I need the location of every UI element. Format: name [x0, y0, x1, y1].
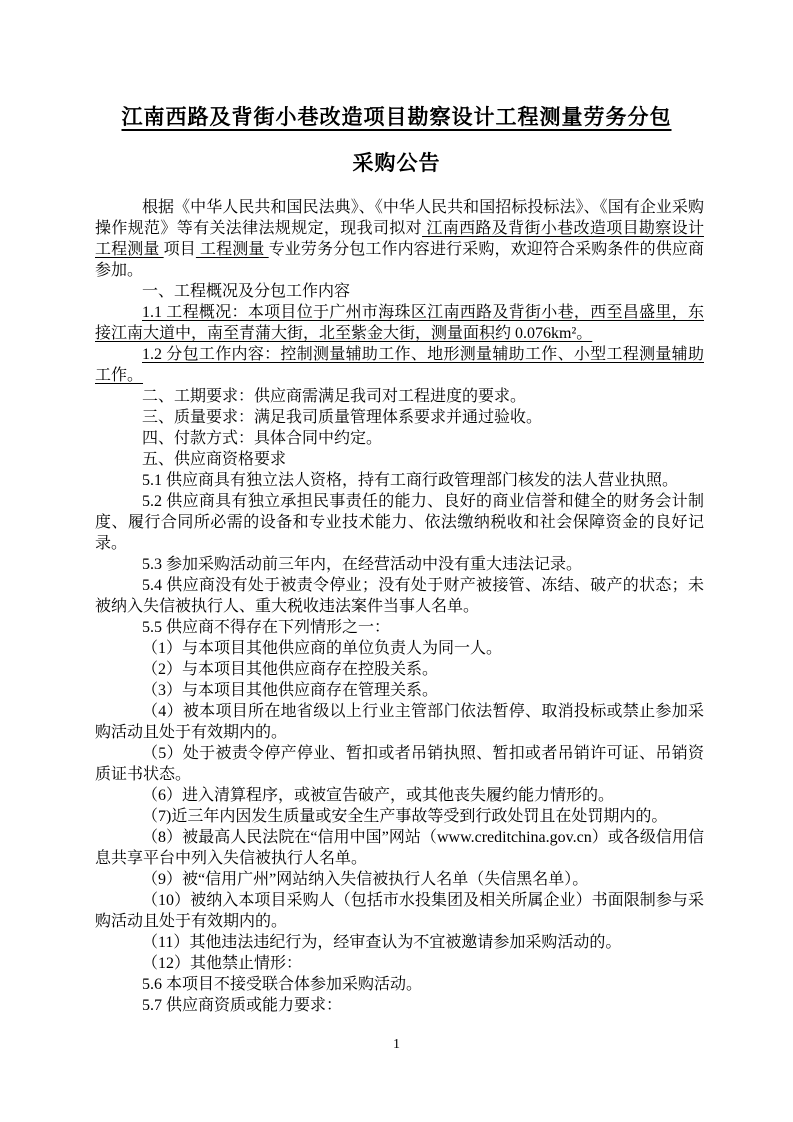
document-title-line1: 江南西路及背街小巷改造项目勘察设计工程测量劳务分包: [45, 101, 748, 133]
text-run: 四、付款方式：具体合同中约定。: [142, 430, 382, 447]
text-run: （12）其他禁止情形：: [142, 955, 302, 972]
text-run: （9）被“信用广州”网站纳入失信被执行人名单（失信黑名单）。: [142, 871, 588, 888]
text-run: 5.1 供应商具有独立法人资格，持有工商行政管理部门核发的法人营业执照。: [142, 472, 678, 489]
text-run: （1）与本项目其他供应商的单位负责人为同一人。: [142, 640, 502, 657]
paragraph-heading-1: 一、工程概况及分包工作内容: [95, 281, 704, 302]
paragraph-item-1: （1）与本项目其他供应商的单位负责人为同一人。: [95, 638, 704, 659]
text-run: 一、工程概况及分包工作内容: [142, 283, 350, 300]
paragraph-clause-1-2: 1.2 分包工作内容：控制测量辅助工作、地形测量辅助工作、小型工程测量辅助工作。: [95, 344, 704, 386]
paragraph-clause-5-1: 5.1 供应商具有独立法人资格，持有工商行政管理部门核发的法人营业执照。: [95, 470, 704, 491]
text-run: （2）与本项目其他供应商存在控股关系。: [142, 661, 438, 678]
text-run: （7)近三年内因发生质量或安全生产事故等受到行政处罚且在处罚期内的。: [142, 808, 667, 825]
document-page: 江南西路及背街小巷改造项目勘察设计工程测量劳务分包 采购公告 根据《中华人民共和…: [0, 0, 793, 1122]
text-run: 5.4 供应商没有处于被责令停业；没有处于财产被接管、冻结、破产的状态；未被纳入…: [95, 577, 704, 615]
text-run: 5.7 供应商资质或能力要求：: [142, 997, 342, 1014]
paragraph-heading-5: 五、供应商资格要求: [95, 449, 704, 470]
paragraph-clause-5-2: 5.2 供应商具有独立承担民事责任的能力、良好的商业信誉和健全的财务会计制度、履…: [95, 491, 704, 554]
paragraph-heading-2: 二、工期要求：供应商需满足我司对工程进度的要求。: [95, 386, 704, 407]
text-run: 项目: [164, 241, 196, 258]
text-run: 5.3 参加采购活动前三年内，在经营活动中没有重大违法记录。: [142, 556, 582, 573]
text-run: 五、供应商资格要求: [142, 451, 286, 468]
paragraph-item-7: （7)近三年内因发生质量或安全生产事故等受到行政处罚且在处罚期内的。: [95, 806, 704, 827]
paragraph-clause-5-3: 5.3 参加采购活动前三年内，在经营活动中没有重大违法记录。: [95, 554, 704, 575]
text-run: 5.2 供应商具有独立承担民事责任的能力、良好的商业信誉和健全的财务会计制度、履…: [95, 493, 704, 552]
underlined-text-run: 1.1 工程概况：本项目位于广州市海珠区江南西路及背街小巷，西至昌盛里，东接江南…: [95, 304, 704, 342]
paragraph-item-10: （10）被纳入本项目采购人（包括市水投集团及相关所属企业）书面限制参与采购活动且…: [95, 890, 704, 932]
document-body: 根据《中华人民共和国民法典》、《中华人民共和国招标投标法》、《国有企业采购操作规…: [95, 197, 704, 1016]
paragraph-heading-3: 三、质量要求：满足我司质量管理体系要求并通过验收。: [95, 407, 704, 428]
text-run: （6）进入清算程序，或被宣告破产，或其他丧失履约能力情形的。: [142, 787, 614, 804]
paragraph-item-5: （5）处于被责令停产停业、暂扣或者吊销执照、暂扣或者吊销许可证、吊销资质证书状态…: [95, 743, 704, 785]
page-number: 1: [0, 1036, 793, 1054]
text-run: 5.6 本项目不接受联合体参加采购活动。: [142, 976, 422, 993]
paragraph-item-12: （12）其他禁止情形：: [95, 953, 704, 974]
text-run: （10）被纳入本项目采购人（包括市水投集团及相关所属企业）书面限制参与采购活动且…: [95, 892, 704, 930]
paragraph-item-6: （6）进入清算程序，或被宣告破产，或其他丧失履约能力情形的。: [95, 785, 704, 806]
paragraph-item-3: （3）与本项目其他供应商存在管理关系。: [95, 680, 704, 701]
document-title-line2: 采购公告: [45, 147, 748, 179]
text-run: （5）处于被责令停产停业、暂扣或者吊销执照、暂扣或者吊销许可证、吊销资质证书状态…: [95, 745, 704, 783]
paragraph-clause-5-5: 5.5 供应商不得存在下列情形之一：: [95, 617, 704, 638]
paragraph-clause-5-7: 5.7 供应商资质或能力要求：: [95, 995, 704, 1016]
text-run: 二、工期要求：供应商需满足我司对工程进度的要求。: [142, 388, 526, 405]
paragraph-item-8: （8）被最高人民法院在“信用中国”网站（www.creditchina.gov.…: [95, 827, 704, 869]
paragraph-intro: 根据《中华人民共和国民法典》、《中华人民共和国招标投标法》、《国有企业采购操作规…: [95, 197, 704, 281]
paragraph-clause-5-6: 5.6 本项目不接受联合体参加采购活动。: [95, 974, 704, 995]
paragraph-clause-1-1: 1.1 工程概况：本项目位于广州市海珠区江南西路及背街小巷，西至昌盛里，东接江南…: [95, 302, 704, 344]
underlined-text-run: 工程测量: [196, 241, 269, 258]
paragraph-item-11: （11）其他违法违纪行为，经审查认为不宜被邀请参加采购活动的。: [95, 932, 704, 953]
text-run: 5.5 供应商不得存在下列情形之一：: [142, 619, 390, 636]
text-run: 三、质量要求：满足我司质量管理体系要求并通过验收。: [142, 409, 542, 426]
paragraph-heading-4: 四、付款方式：具体合同中约定。: [95, 428, 704, 449]
paragraph-item-9: （9）被“信用广州”网站纳入失信被执行人名单（失信黑名单）。: [95, 869, 704, 890]
paragraph-item-2: （2）与本项目其他供应商存在控股关系。: [95, 659, 704, 680]
text-run: （3）与本项目其他供应商存在管理关系。: [142, 682, 438, 699]
underlined-text-run: 1.2 分包工作内容：控制测量辅助工作、地形测量辅助工作、小型工程测量辅助工作。: [95, 346, 704, 384]
text-run: （8）被最高人民法院在“信用中国”网站（www.creditchina.gov.…: [95, 829, 704, 867]
paragraph-item-4: （4）被本项目所在地省级以上行业主管部门依法暂停、取消投标或禁止参加采购活动且处…: [95, 701, 704, 743]
text-run: （11）其他违法违纪行为，经审查认为不宜被邀请参加采购活动的。: [142, 934, 621, 951]
text-run: （4）被本项目所在地省级以上行业主管部门依法暂停、取消投标或禁止参加采购活动且处…: [95, 703, 704, 741]
paragraph-clause-5-4: 5.4 供应商没有处于被责令停业；没有处于财产被接管、冻结、破产的状态；未被纳入…: [95, 575, 704, 617]
